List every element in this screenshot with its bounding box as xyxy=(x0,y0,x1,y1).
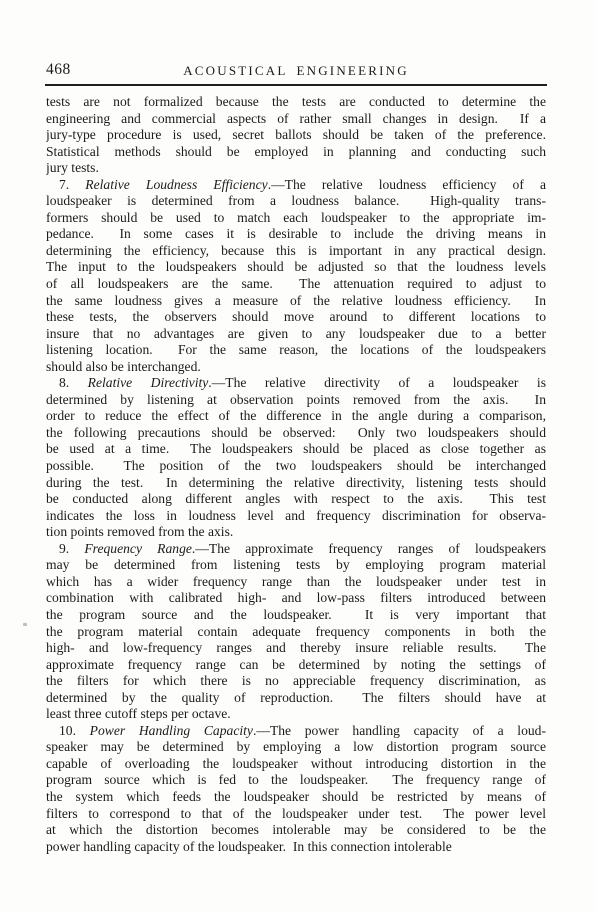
text-line: program source which is fed to the louds… xyxy=(46,772,546,789)
section-number: 10. xyxy=(59,723,90,738)
text-line: engineering and commercial aspects of ra… xyxy=(46,111,546,128)
text-line: determining the efficiency, because this… xyxy=(46,243,546,260)
section-text: .—The approximate frequency ranges of lo… xyxy=(192,541,546,556)
text-line: 9. Frequency Range.—The approximate freq… xyxy=(46,541,546,558)
page-header: 468 ACOUSTICAL ENGINEERING xyxy=(46,61,546,81)
text-line: the system which feeds the loudspeaker s… xyxy=(46,789,546,806)
text-line: possible. The position of the two loudsp… xyxy=(46,458,546,475)
text-line: should also be interchanged. xyxy=(46,359,546,376)
text-line: 10. Power Handling Capacity.—The power h… xyxy=(46,723,546,740)
text-line: insure that no advantages are given to a… xyxy=(46,326,546,343)
section-text: .—The relative loudness efficiency of a xyxy=(268,177,546,192)
paragraph: 10. Power Handling Capacity.—The power h… xyxy=(46,723,546,855)
text-line: listening location. For the same reason,… xyxy=(46,342,546,359)
text-line: capable of overloading the loudspeaker w… xyxy=(46,756,546,773)
header-rule xyxy=(45,84,547,86)
running-head: ACOUSTICAL ENGINEERING xyxy=(46,63,546,79)
text-line: the same loudness gives a measure of the… xyxy=(46,293,546,310)
text-line: determined by the quality of reproductio… xyxy=(46,690,546,707)
section-title: Relative Loudness Efficiency xyxy=(85,177,267,192)
text-line: jury tests. xyxy=(46,160,546,177)
text-line: speaker may be determined by employing a… xyxy=(46,739,546,756)
section-text: .—The relative directivity of a loudspea… xyxy=(208,375,546,390)
text-line: power handling capacity of the loudspeak… xyxy=(46,839,546,856)
text-line: tests are not formalized because the tes… xyxy=(46,94,546,111)
page-body: tests are not formalized because the tes… xyxy=(46,94,546,855)
text-line: be used at a time. The loudspeakers shou… xyxy=(46,441,546,458)
text-line: 7. Relative Loudness Efficiency.—The rel… xyxy=(46,177,546,194)
text-line: the filters for which there is no apprec… xyxy=(46,673,546,690)
text-line: indicates the loss in loudness level and… xyxy=(46,508,546,525)
text-line: least three cutoff steps per octave. xyxy=(46,706,546,723)
text-line: at which the distortion becomes intolera… xyxy=(46,822,546,839)
section-title: Relative Directivity xyxy=(88,375,209,390)
paragraph: tests are not formalized because the tes… xyxy=(46,94,546,177)
text-line: The input to the loudspeakers should be … xyxy=(46,259,546,276)
text-line: filters to correspond to that of the lou… xyxy=(46,806,546,823)
text-line: during the test. In determining the rela… xyxy=(46,475,546,492)
text-line: order to reduce the effect of the differ… xyxy=(46,408,546,425)
text-line: 8. Relative Directivity.—The relative di… xyxy=(46,375,546,392)
paragraph: 7. Relative Loudness Efficiency.—The rel… xyxy=(46,177,546,376)
text-line: combination with calibrated high- and lo… xyxy=(46,590,546,607)
text-line: be conducted along different angles with… xyxy=(46,491,546,508)
text-line: determined by listening at observation p… xyxy=(46,392,546,409)
text-line: the following precautions should be obse… xyxy=(46,425,546,442)
text-line: of all loudspeakers are the same. The at… xyxy=(46,276,546,293)
paragraph: 9. Frequency Range.—The approximate freq… xyxy=(46,541,546,723)
scan-artifact xyxy=(23,623,27,626)
text-line: Statistical methods should be employed i… xyxy=(46,144,546,161)
section-number: 7. xyxy=(59,177,85,192)
section-text: .—The power handling capacity of a loud- xyxy=(253,723,546,738)
text-line: loudspeaker is determined from a loudnes… xyxy=(46,193,546,210)
text-line: high- and low-frequency ranges and there… xyxy=(46,640,546,657)
text-line: which has a wider frequency range than t… xyxy=(46,574,546,591)
text-line: these tests, the observers should move a… xyxy=(46,309,546,326)
paragraph: 8. Relative Directivity.—The relative di… xyxy=(46,375,546,540)
section-title: Frequency Range xyxy=(84,541,192,556)
section-number: 9. xyxy=(59,541,84,556)
text-line: jury-type procedure is used, secret ball… xyxy=(46,127,546,144)
section-number: 8. xyxy=(59,375,88,390)
text-line: may be determined from listening tests b… xyxy=(46,557,546,574)
book-page: 468 ACOUSTICAL ENGINEERING tests are not… xyxy=(0,0,596,912)
text-line: the program material contain adequate fr… xyxy=(46,624,546,641)
text-line: tion points removed from the axis. xyxy=(46,524,546,541)
section-title: Power Handling Capacity xyxy=(90,723,253,738)
text-line: approximate frequency range can be deter… xyxy=(46,657,546,674)
text-line: the program source and the loudspeaker. … xyxy=(46,607,546,624)
text-line: formers should be used to match each lou… xyxy=(46,210,546,227)
text-line: pedance. In some cases it is desirable t… xyxy=(46,226,546,243)
